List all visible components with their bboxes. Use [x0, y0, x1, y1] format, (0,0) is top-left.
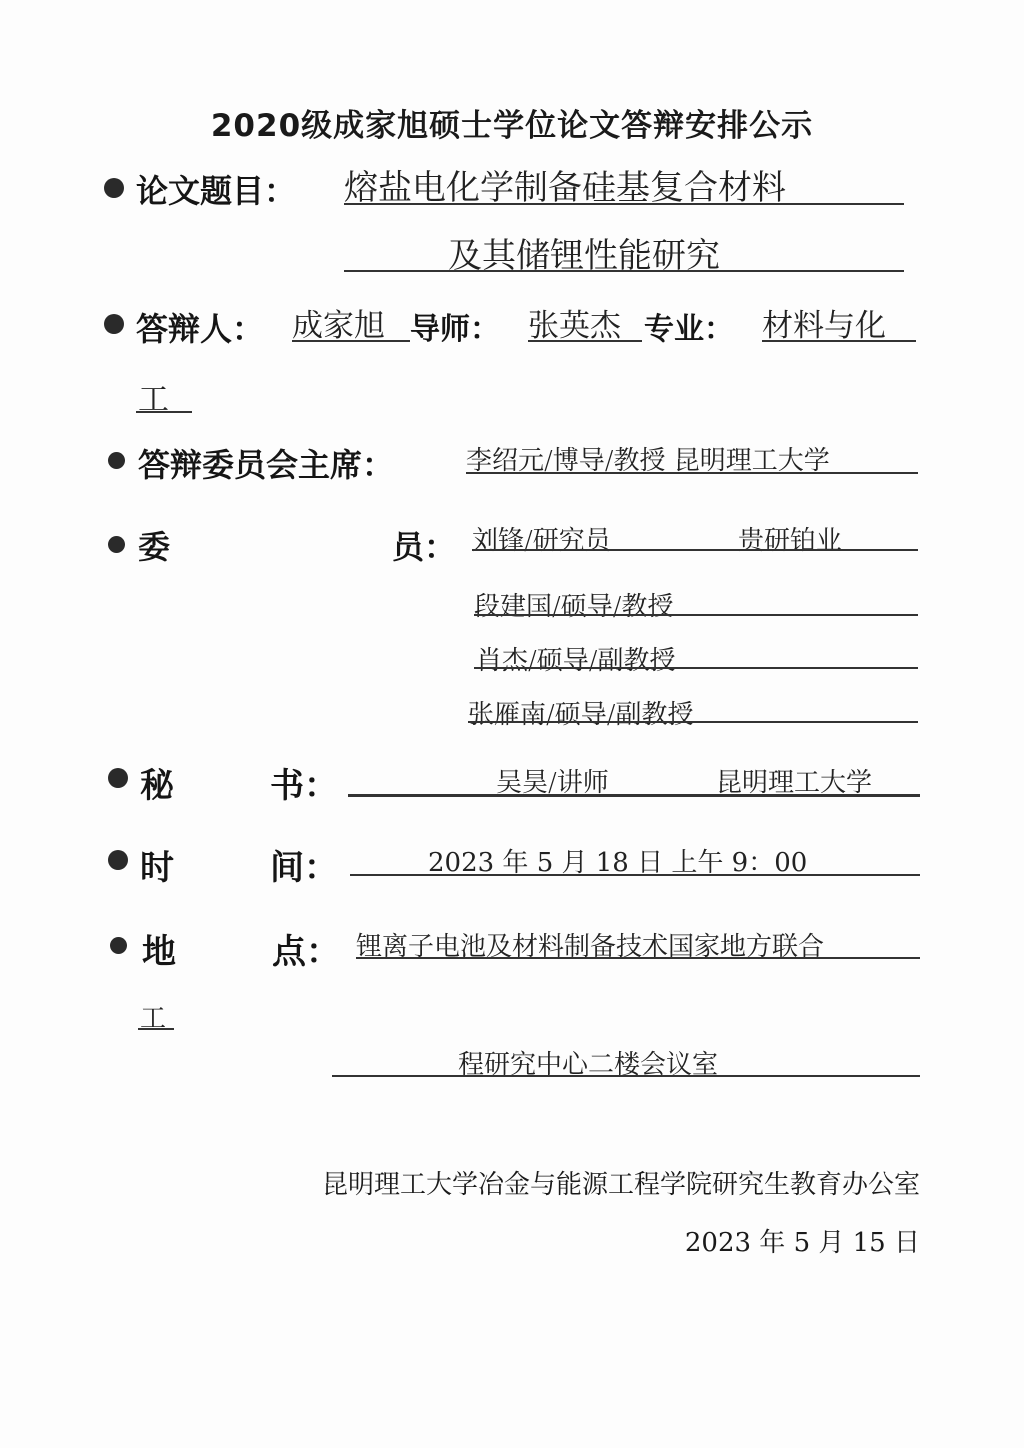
major-label: 专业： — [644, 304, 734, 348]
time-label-a: 时 — [140, 840, 174, 889]
members-label-b: 员： — [392, 522, 456, 568]
location-label-b: 点： — [272, 924, 340, 973]
underline — [344, 203, 904, 205]
issuing-office: 昆明理工大学冶金与能源工程学院研究生教育办公室 — [322, 1164, 920, 1201]
advisor-name: 张英杰 — [528, 300, 621, 345]
member-name: 肖杰/硕导/副教授 — [476, 640, 676, 677]
underline — [138, 1028, 174, 1030]
underline — [762, 340, 916, 342]
bullet-icon — [110, 937, 127, 954]
member-name: 刘锋/研究员 — [472, 520, 611, 557]
bullet-icon — [108, 850, 128, 870]
underline — [472, 549, 918, 551]
time-label-b: 间： — [270, 840, 338, 889]
bullet-icon — [108, 768, 128, 788]
bullet-icon — [104, 314, 124, 334]
member-name: 张雁南/硕导/副教授 — [468, 694, 694, 731]
secretary-label-b: 书： — [270, 758, 338, 807]
defender-label: 答辩人： — [136, 304, 264, 350]
underline — [468, 721, 918, 723]
location-label-a: 地 — [142, 924, 176, 973]
underline — [332, 1075, 920, 1077]
advisor-label: 导师： — [410, 304, 500, 348]
chair-label: 答辩委员会主席： — [138, 440, 394, 486]
major-line1: 材料与化 — [762, 300, 886, 345]
underline — [356, 957, 920, 959]
thesis-label: 论文题目： — [136, 166, 296, 212]
underline — [136, 411, 192, 413]
members-label-a: 委 — [138, 522, 170, 568]
underline — [474, 667, 918, 669]
underline — [348, 794, 920, 797]
underline — [350, 874, 920, 876]
underline — [292, 340, 410, 342]
defender-name: 成家旭 — [292, 300, 385, 345]
bullet-icon — [104, 178, 124, 198]
member-name: 段建国/硕导/教授 — [474, 586, 674, 623]
member-affiliation: 贵研铂业 — [738, 520, 842, 557]
underline — [528, 340, 642, 342]
underline — [344, 270, 904, 272]
underline — [474, 614, 918, 616]
secretary-label-a: 秘 — [140, 758, 174, 807]
page-title: 2020级成家旭硕士学位论文答辩安排公示 — [0, 100, 1024, 145]
underline — [466, 472, 918, 474]
bullet-icon — [108, 452, 125, 469]
bullet-icon — [108, 536, 125, 553]
issue-date: 2023 年 5 月 15 日 — [685, 1222, 920, 1259]
thesis-title-line1: 熔盐电化学制备硅基复合材料 — [344, 160, 786, 209]
